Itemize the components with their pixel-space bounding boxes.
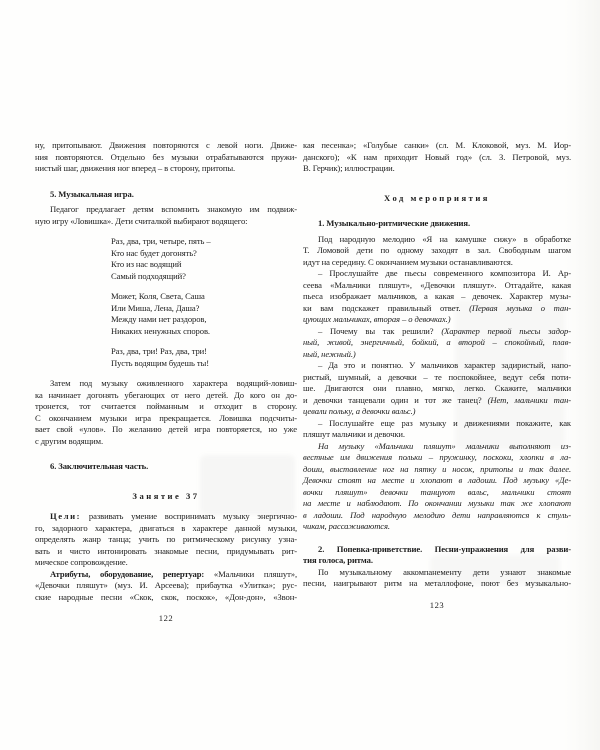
paragraph: – Послушайте еще раз музыку и движениями…	[303, 418, 571, 441]
page-number: 122	[35, 613, 297, 625]
text-line: на месте и наблюдают. По окончании музык…	[303, 498, 571, 510]
text-run: тронется, тот считается пойманным и отхо…	[35, 401, 297, 411]
section-heading: 5. Музыкальная игра.	[35, 189, 297, 201]
text-run: Педагог предлагает детям вспомнить знако…	[50, 204, 297, 214]
text-run: Пусть водящим будешь ты!	[111, 358, 209, 368]
page-number: 123	[303, 600, 571, 612]
text-run: «Девочки пляшут» (муз. И. Арсеева); приб…	[35, 580, 297, 590]
text-run: вать и чисто интонировать знакомые песни…	[35, 546, 297, 556]
text-run: Занятие 37	[132, 491, 199, 501]
text-run: Т. Ломовой дети по одному заходят в зал.…	[303, 245, 571, 255]
text-line: 5. Музыкальная игра.	[35, 189, 297, 201]
text-run: го, задорного характера, двигаться в хар…	[35, 523, 297, 533]
paragraph: Цели: развивать умение воспринимать музы…	[35, 511, 297, 569]
text-line: ше. Двигаются они плавно, мягко, легко. …	[303, 383, 571, 395]
text-line: ну, притопывают. Движения повторяются с …	[35, 140, 297, 152]
text-run: ный, нежный.)	[303, 349, 356, 359]
text-run: (Первая музыка о тан-	[469, 303, 571, 313]
text-line: ские народные песни «Скок, скок, поскок»…	[35, 592, 297, 604]
text-run: идут на середину. С окончанием музыки ос…	[303, 257, 513, 267]
text-run: 1. Музыкально-ритмические движения.	[318, 218, 470, 228]
paragraph: кая песенка»; «Голубые санки» (сл. М. Кл…	[303, 140, 571, 175]
text-run: Под народную мелодию «Я на камушке сижу»…	[318, 234, 571, 244]
text-line: В. Герчик); иллюстрации.	[303, 163, 571, 175]
text-line: – Послушайте еще раз музыку и движениями…	[303, 418, 571, 430]
text-line: вестные им движения польки – пружинку, п…	[303, 452, 571, 464]
paragraph: Под народную мелодию «Я на камушке сижу»…	[303, 234, 571, 269]
text-line: цевали польку, а девочки вальс.)	[303, 406, 571, 418]
text-line: На музыку «Мальчики пляшут» мальчики вып…	[303, 441, 571, 453]
text-line: – Почему вы так решили? (Характер первой…	[303, 326, 571, 338]
text-line: доши, выставление ног на пятку и носок, …	[303, 464, 571, 476]
text-run: – Да это и понятно. У мальчиков характер…	[318, 360, 571, 370]
page-123: кая песенка»; «Голубые санки» (сл. М. Кл…	[303, 140, 571, 611]
text-run: Между нами нет раздоров,	[111, 314, 206, 324]
text-line: 1. Музыкально-ритмические движения.	[303, 218, 571, 230]
text-line: – Прослушайте две пьесы современного ком…	[303, 268, 571, 280]
text-run: (Нет, мальчики тан-	[488, 395, 571, 405]
centered-heading: Ход мероприятия	[303, 193, 571, 205]
text-run: Атрибуты, оборудование, репертуар:	[50, 569, 204, 579]
text-run: пьеса изображает мальчиков, а какая – де…	[303, 291, 571, 301]
text-run: 2. Попевка-приветствие. Песни-упражнения…	[318, 544, 571, 554]
text-line: ную игру «Ловишка». Дети считалкой выбир…	[35, 216, 297, 228]
text-run: ную игру «Ловишка». Дети считалкой выбир…	[35, 216, 247, 226]
text-line: Под народную мелодию «Я на камушке сижу»…	[303, 234, 571, 246]
text-run: 5. Музыкальная игра.	[50, 189, 134, 199]
text-line: и девочки танцевали один и тот же танец?…	[303, 395, 571, 407]
text-line: цующих мальчиках, вторая – о девочках.)	[303, 314, 571, 326]
text-line: Между нами нет раздоров,	[111, 314, 297, 326]
text-line: вает свой «улов». По желанию детей игра …	[35, 424, 297, 436]
paragraph: – Да это и понятно. У мальчиков характер…	[303, 360, 571, 418]
text-line: с другим водящим.	[35, 436, 297, 448]
text-line: Кто нас будет догонять?	[111, 248, 297, 260]
text-run: На музыку «Мальчики пляшут» мальчики вып…	[318, 441, 571, 451]
text-run: Или Миша, Лена, Даша?	[111, 303, 199, 313]
text-run: Самый подходящий?	[111, 271, 186, 281]
text-run: ния повторяются. Отдельно без музыки отр…	[35, 152, 297, 162]
text-run: вочки пляшут» девочки танцуют вальс, мал…	[303, 487, 571, 497]
text-run: определять жанр танца; учить по ритмичес…	[35, 534, 297, 544]
text-run: – Послушайте еще раз музыку и движениями…	[318, 418, 571, 428]
text-run: «Мальчики пляшут»,	[204, 569, 297, 579]
text-line: чикам, рассаживаются.	[303, 521, 571, 533]
paragraph: На музыку «Мальчики пляшут» мальчики вып…	[303, 441, 571, 533]
text-line: пляшут мальчики и девочки.	[303, 429, 571, 441]
text-line: Кто из нас водящий	[111, 259, 297, 271]
text-run: В. Герчик); иллюстрации.	[303, 163, 395, 173]
text-run: чикам, рассаживаются.	[303, 521, 390, 531]
paragraph: ну, притопывают. Движения повторяются с …	[35, 140, 297, 175]
text-run: вестные им движения польки – пружинку, п…	[303, 452, 571, 462]
paragraph: Педагог предлагает детям вспомнить знако…	[35, 204, 297, 227]
text-line: ный, нежный.)	[303, 349, 571, 361]
text-run: – Почему вы так решили?	[318, 326, 441, 336]
paragraph: Затем под музыку оживленного характера в…	[35, 378, 297, 447]
text-line: данского); «К нам приходит Новый год» (с…	[303, 152, 571, 164]
text-run: доши, выставление ног на пятку и носок, …	[303, 464, 571, 474]
text-run: – Прослушайте две пьесы современного ком…	[318, 268, 571, 278]
text-run: ка начинает догонять убегающих от него д…	[35, 390, 297, 400]
text-line: ный, живой, энергичный, бойкий, а второй…	[303, 337, 571, 349]
text-line: «Девочки пляшут» (муз. И. Арсеева); приб…	[35, 580, 297, 592]
text-line: Самый подходящий?	[111, 271, 297, 283]
text-line: 6. Заключительная часть.	[35, 461, 297, 473]
text-run: ристый, шумный, а девочки – те поспокойн…	[303, 372, 571, 382]
paragraph: По музыкальному аккомпанементу дети узна…	[303, 567, 571, 590]
text-run: Цели:	[50, 511, 81, 521]
text-run: песни, наигрывают ритм на металлофоне, п…	[303, 578, 571, 588]
paragraph: 2. Попевка-приветствие. Песни-упражнения…	[303, 544, 571, 567]
text-line: определять жанр танца; учить по ритмичес…	[35, 534, 297, 546]
text-run: сеева «Мальчики пляшут», «Девочки пляшут…	[303, 280, 571, 290]
text-run: развивать умение воспринимать музыку эне…	[81, 511, 297, 521]
text-line: ка начинает догонять убегающих от него д…	[35, 390, 297, 402]
text-line: тия голоса, ритма.	[303, 555, 571, 567]
text-line: Никаких ненужных споров.	[111, 326, 297, 338]
text-run: ские народные песни «Скок, скок, поскок»…	[35, 592, 297, 602]
text-line: в ладоши. Под народную мелодию дети напр…	[303, 510, 571, 522]
text-run: вает свой «улов». По желанию детей игра …	[35, 424, 297, 434]
text-run: С окончанием музыки игра прекращается. Л…	[35, 413, 297, 423]
text-run: мическое сопровождение.	[35, 557, 128, 567]
text-line: 2. Попевка-приветствие. Песни-упражнения…	[303, 544, 571, 556]
text-run: нистый шаг, движения ног вперед – в стор…	[35, 163, 235, 173]
text-run: тия голоса, ритма.	[303, 555, 373, 565]
verse-stanza: Может, Коля, Света, СашаИли Миша, Лена, …	[111, 291, 297, 337]
text-run: Девочки стоят на месте и хлопают в ладош…	[303, 475, 571, 485]
text-line: Раз, два, три! Раз, два, три!	[111, 346, 297, 358]
text-line: ристый, шумный, а девочки – те поспокойн…	[303, 372, 571, 384]
text-line: идут на середину. С окончанием музыки ос…	[303, 257, 571, 269]
text-run: Затем под музыку оживленного характера в…	[50, 378, 297, 388]
text-run: Никаких ненужных споров.	[111, 326, 210, 336]
text-run: с другим водящим.	[35, 436, 103, 446]
text-run: 6. Заключительная часть.	[50, 461, 148, 471]
book-scan: ну, притопывают. Движения повторяются с …	[0, 0, 600, 750]
centered-heading: Занятие 37	[35, 491, 297, 503]
text-line: Ход мероприятия	[303, 193, 571, 205]
text-line: ки вам подскажет правильный ответ. (Перв…	[303, 303, 571, 315]
text-line: кая песенка»; «Голубые санки» (сл. М. Кл…	[303, 140, 571, 152]
text-run: данского); «К нам приходит Новый год» (с…	[303, 152, 571, 162]
text-run: По музыкальному аккомпанементу дети узна…	[318, 567, 571, 577]
text-line: песни, наигрывают ритм на металлофоне, п…	[303, 578, 571, 590]
text-line: Может, Коля, Света, Саша	[111, 291, 297, 303]
text-run: ки вам подскажет правильный ответ.	[303, 303, 469, 313]
text-run: кая песенка»; «Голубые санки» (сл. М. Кл…	[303, 140, 571, 150]
text-run: Кто нас будет догонять?	[111, 248, 197, 258]
text-line: Занятие 37	[35, 491, 297, 503]
text-line: сеева «Мальчики пляшут», «Девочки пляшут…	[303, 280, 571, 292]
text-line: пьеса изображает мальчиков, а какая – де…	[303, 291, 571, 303]
text-run: пляшут мальчики и девочки.	[303, 429, 405, 439]
page-body: кая песенка»; «Голубые санки» (сл. М. Кл…	[303, 140, 571, 590]
text-run: Раз, два, три, четыре, пять –	[111, 236, 211, 246]
text-run: в ладоши. Под народную мелодию дети напр…	[303, 510, 571, 520]
text-line: Раз, два, три, четыре, пять –	[111, 236, 297, 248]
paragraph: – Почему вы так решили? (Характер первой…	[303, 326, 571, 361]
text-line: Пусть водящим будешь ты!	[111, 358, 297, 370]
section-heading: 6. Заключительная часть.	[35, 461, 297, 473]
text-line: Т. Ломовой дети по одному заходят в зал.…	[303, 245, 571, 257]
text-run: цующих мальчиках, вторая – о девочках.)	[303, 314, 450, 324]
text-line: вать и чисто интонировать знакомые песни…	[35, 546, 297, 558]
text-line: Цели: развивать умение воспринимать музы…	[35, 511, 297, 523]
text-run: на месте и наблюдают. По окончании музык…	[303, 498, 571, 508]
text-run: ный, живой, энергичный, бойкий, а второй…	[303, 337, 571, 347]
section-heading: 1. Музыкально-ритмические движения.	[303, 218, 571, 230]
text-line: вочки пляшут» девочки танцуют вальс, мал…	[303, 487, 571, 499]
text-run: (Характер первой пьесы задор-	[441, 326, 571, 336]
verse-stanza: Раз, два, три, четыре, пять –Кто нас буд…	[111, 236, 297, 282]
text-line: мическое сопровождение.	[35, 557, 297, 569]
text-line: По музыкальному аккомпанементу дети узна…	[303, 567, 571, 579]
text-line: Или Миша, Лена, Даша?	[111, 303, 297, 315]
text-line: Педагог предлагает детям вспомнить знако…	[35, 204, 297, 216]
verse-stanza: Раз, два, три! Раз, два, три!Пусть водящ…	[111, 346, 297, 369]
paragraph: – Прослушайте две пьесы современного ком…	[303, 268, 571, 326]
text-run: ше. Двигаются они плавно, мягко, легко. …	[303, 383, 571, 393]
paragraph: Атрибуты, оборудование, репертуар: «Маль…	[35, 569, 297, 604]
text-run: и девочки танцевали один и тот же танец?	[303, 395, 488, 405]
page-122: ну, притопывают. Движения повторяются с …	[35, 140, 297, 625]
text-line: Затем под музыку оживленного характера в…	[35, 378, 297, 390]
text-run: ну, притопывают. Движения повторяются с …	[35, 140, 297, 150]
text-line: С окончанием музыки игра прекращается. Л…	[35, 413, 297, 425]
text-run: Раз, два, три! Раз, два, три!	[111, 346, 207, 356]
text-run: цевали польку, а девочки вальс.)	[303, 406, 415, 416]
page-body: ну, притопывают. Движения повторяются с …	[35, 140, 297, 603]
text-run: Может, Коля, Света, Саша	[111, 291, 205, 301]
text-line: нистый шаг, движения ног вперед – в стор…	[35, 163, 297, 175]
text-line: Атрибуты, оборудование, репертуар: «Маль…	[35, 569, 297, 581]
text-line: ния повторяются. Отдельно без музыки отр…	[35, 152, 297, 164]
text-run: Ход мероприятия	[384, 193, 490, 203]
text-line: го, задорного характера, двигаться в хар…	[35, 523, 297, 535]
text-line: тронется, тот считается пойманным и отхо…	[35, 401, 297, 413]
text-line: Девочки стоят на месте и хлопают в ладош…	[303, 475, 571, 487]
text-run: Кто из нас водящий	[111, 259, 181, 269]
text-line: – Да это и понятно. У мальчиков характер…	[303, 360, 571, 372]
